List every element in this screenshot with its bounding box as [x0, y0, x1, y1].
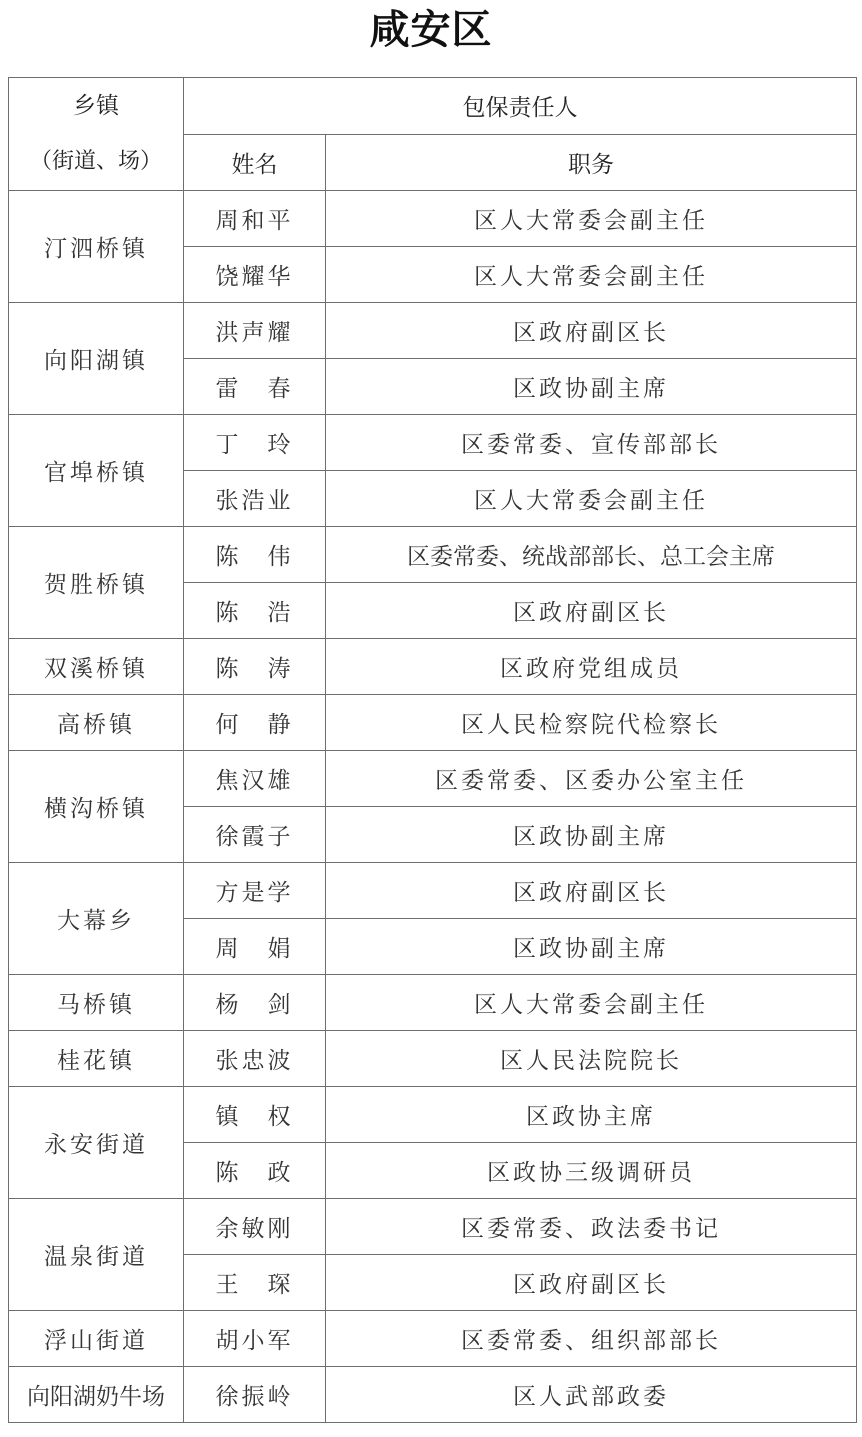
table-row: 贺胜桥镇陈 伟区委常委、统战部部长、总工会主席 [9, 527, 857, 583]
person-name-cell: 张忠波 [184, 1031, 326, 1087]
person-name-cell: 方是学 [184, 863, 326, 919]
table-row: 桂花镇张忠波区人民法院院长 [9, 1031, 857, 1087]
person-name-cell: 王 琛 [184, 1255, 326, 1311]
town-cell: 马桥镇 [9, 975, 184, 1031]
person-name-cell: 胡小军 [184, 1311, 326, 1367]
person-name-cell: 周 娟 [184, 919, 326, 975]
position-cell: 区政府副区长 [326, 583, 857, 639]
position-cell: 区人民检察院代检察长 [326, 695, 857, 751]
table-row: 温泉街道余敏刚区委常委、政法委书记 [9, 1199, 857, 1255]
header-responsible: 包保责任人 [184, 78, 857, 135]
town-cell: 贺胜桥镇 [9, 527, 184, 639]
header-row-1: 乡镇 （街道、场） 包保责任人 [9, 78, 857, 135]
position-cell: 区人大常委会副主任 [326, 247, 857, 303]
town-cell: 向阳湖奶牛场 [9, 1367, 184, 1423]
position-cell: 区政协主席 [326, 1087, 857, 1143]
person-name-cell: 周和平 [184, 191, 326, 247]
position-cell: 区政府副区长 [326, 863, 857, 919]
responsibility-table: 乡镇 （街道、场） 包保责任人 姓名 职务 汀泗桥镇周和平区人大常委会副主任饶耀… [8, 77, 857, 1423]
header-position: 职务 [326, 134, 857, 191]
position-cell: 区委常委、组织部部长 [326, 1311, 857, 1367]
town-cell: 浮山街道 [9, 1311, 184, 1367]
person-name-cell: 杨 剑 [184, 975, 326, 1031]
position-cell: 区委常委、区委办公室主任 [326, 751, 857, 807]
town-cell: 汀泗桥镇 [9, 191, 184, 303]
table-row: 马桥镇杨 剑区人大常委会副主任 [9, 975, 857, 1031]
table-row: 大幕乡方是学区政府副区长 [9, 863, 857, 919]
person-name-cell: 丁 玲 [184, 415, 326, 471]
person-name-cell: 陈 浩 [184, 583, 326, 639]
header-name: 姓名 [184, 134, 326, 191]
table-row: 官埠桥镇丁 玲区委常委、宣传部部长 [9, 415, 857, 471]
position-cell: 区人大常委会副主任 [326, 471, 857, 527]
table-row: 浮山街道胡小军区委常委、组织部部长 [9, 1311, 857, 1367]
person-name-cell: 陈 政 [184, 1143, 326, 1199]
town-cell: 高桥镇 [9, 695, 184, 751]
town-cell: 温泉街道 [9, 1199, 184, 1311]
town-cell: 横沟桥镇 [9, 751, 184, 863]
header-town-line2: （街道、场） [9, 134, 183, 190]
person-name-cell: 陈 涛 [184, 639, 326, 695]
position-cell: 区政协副主席 [326, 359, 857, 415]
table-row: 横沟桥镇焦汉雄区委常委、区委办公室主任 [9, 751, 857, 807]
header-town: 乡镇 （街道、场） [9, 78, 184, 191]
position-cell: 区人大常委会副主任 [326, 975, 857, 1031]
position-cell: 区政府副区长 [326, 1255, 857, 1311]
town-cell: 桂花镇 [9, 1031, 184, 1087]
position-cell: 区政府党组成员 [326, 639, 857, 695]
person-name-cell: 徐霞子 [184, 807, 326, 863]
position-cell: 区人大常委会副主任 [326, 191, 857, 247]
table-row: 向阳湖镇洪声耀区政府副区长 [9, 303, 857, 359]
person-name-cell: 徐振岭 [184, 1367, 326, 1423]
town-cell: 双溪桥镇 [9, 639, 184, 695]
town-cell: 大幕乡 [9, 863, 184, 975]
table-row: 汀泗桥镇周和平区人大常委会副主任 [9, 191, 857, 247]
position-cell: 区政府副区长 [326, 303, 857, 359]
person-name-cell: 余敏刚 [184, 1199, 326, 1255]
person-name-cell: 焦汉雄 [184, 751, 326, 807]
town-cell: 官埠桥镇 [9, 415, 184, 527]
person-name-cell: 洪声耀 [184, 303, 326, 359]
town-cell: 向阳湖镇 [9, 303, 184, 415]
person-name-cell: 雷 春 [184, 359, 326, 415]
position-cell: 区委常委、政法委书记 [326, 1199, 857, 1255]
position-cell: 区人民法院院长 [326, 1031, 857, 1087]
page-title: 咸安区 [0, 2, 862, 58]
position-cell: 区委常委、统战部部长、总工会主席 [326, 527, 857, 583]
person-name-cell: 饶耀华 [184, 247, 326, 303]
position-cell: 区政协副主席 [326, 807, 857, 863]
position-cell: 区委常委、宣传部部长 [326, 415, 857, 471]
person-name-cell: 张浩业 [184, 471, 326, 527]
table-body: 汀泗桥镇周和平区人大常委会副主任饶耀华区人大常委会副主任向阳湖镇洪声耀区政府副区… [9, 191, 857, 1423]
town-cell: 永安街道 [9, 1087, 184, 1199]
table-row: 向阳湖奶牛场徐振岭区人武部政委 [9, 1367, 857, 1423]
table-row: 永安街道镇 权区政协主席 [9, 1087, 857, 1143]
table-row: 高桥镇何 静区人民检察院代检察长 [9, 695, 857, 751]
position-cell: 区政协副主席 [326, 919, 857, 975]
person-name-cell: 陈 伟 [184, 527, 326, 583]
position-cell: 区政协三级调研员 [326, 1143, 857, 1199]
header-town-line1: 乡镇 [9, 78, 183, 134]
position-cell: 区人武部政委 [326, 1367, 857, 1423]
person-name-cell: 镇 权 [184, 1087, 326, 1143]
table-row: 双溪桥镇陈 涛区政府党组成员 [9, 639, 857, 695]
person-name-cell: 何 静 [184, 695, 326, 751]
